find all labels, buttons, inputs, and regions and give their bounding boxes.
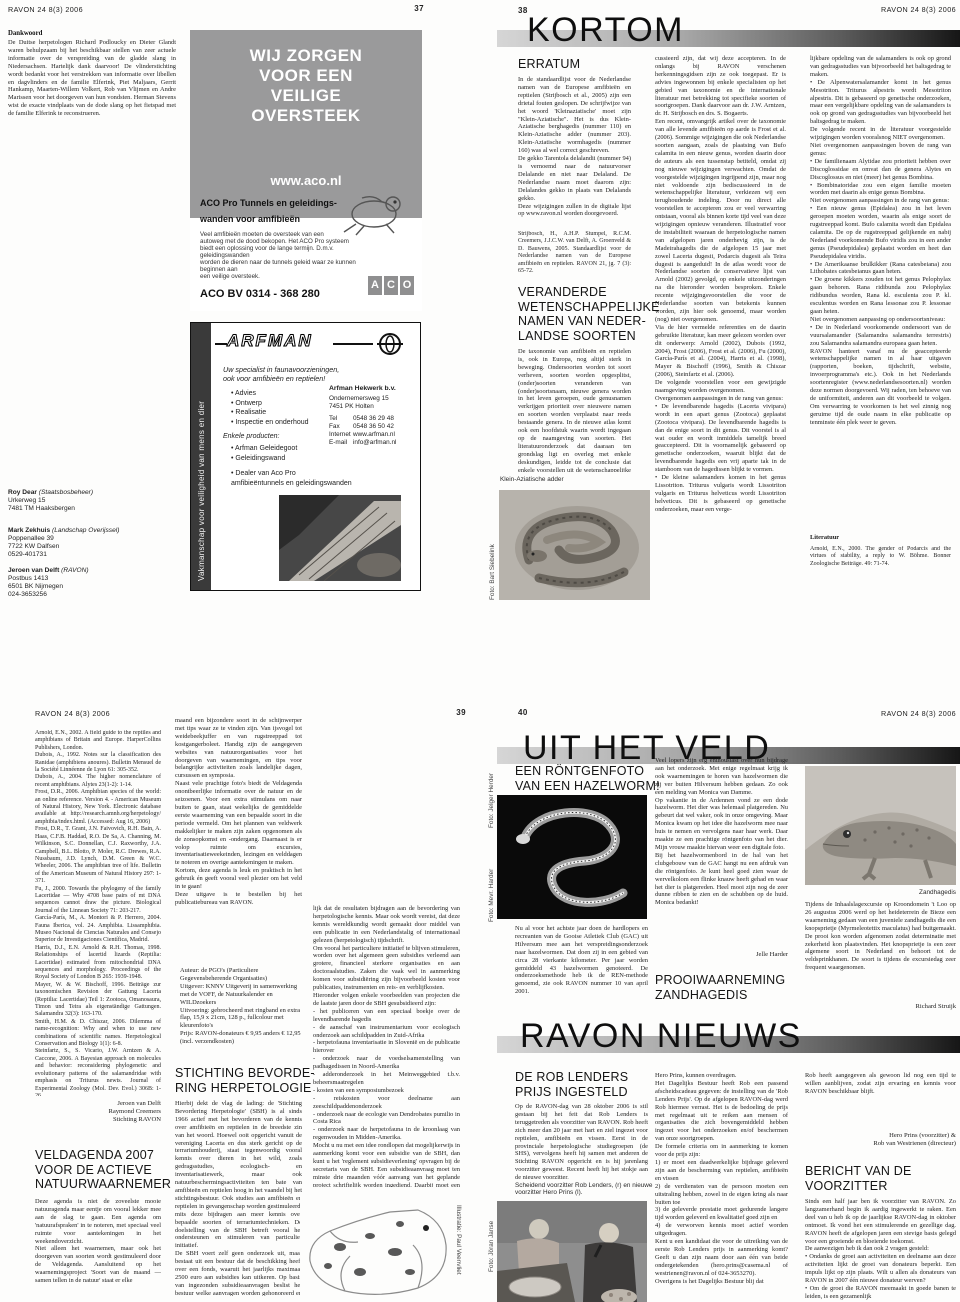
arfman-logo: ARFMAN — [227, 331, 313, 351]
dankwoord-text: De Duitse herpetologen Richard Podloucky… — [8, 39, 176, 139]
arfman-dealer-line: Dealer van Aco Pro amfibieëntunnels en g… — [231, 469, 391, 488]
logo-rule-left — [215, 343, 227, 345]
contact-name: Mark Zekhuis — [8, 527, 50, 534]
rob-lenders-photo — [497, 1201, 647, 1302]
contact-org: (Staatsbosbeheer) — [39, 489, 93, 496]
erratum-heading: ERRATUM — [518, 57, 580, 72]
contact-mark-zekhuis: Mark Zekhuis (Landschap Overijssel) Popp… — [8, 527, 180, 559]
dealer-item: Dealer van Aco Pro amfibieëntunnels en g… — [231, 469, 391, 488]
credit-mevr-harder: Foto: Mevr. Harder — [488, 869, 495, 922]
contact-org: (Landschap Overijssel) — [52, 527, 119, 534]
product-item: Arfman Geleidegoot — [231, 444, 326, 454]
dankwoord-title: Dankwoord — [8, 30, 42, 37]
p37-page-number: 37 — [398, 4, 424, 13]
ravon-nieuws-banner-title: RAVON NIEUWS — [520, 1019, 802, 1053]
p40-column2-text: Veel lopers zijn erg enthousiast over hu… — [655, 757, 788, 949]
contact-address: Postbus 1413 6501 BK Nijmegen 024-365325… — [8, 575, 180, 599]
p40-running-header: RAVON 24 8(3) 2006 — [856, 709, 956, 718]
zandhagedis-caption: Zandhagedis — [805, 889, 956, 896]
aco-logo-letter: A — [368, 276, 382, 295]
p38-column-b-text: cussieerd zijn, dat wij deze accepteren.… — [655, 55, 786, 649]
veranderde-heading: VERANDERDE WETENSCHAPPELIJKE NAMEN VAN N… — [518, 285, 660, 343]
p40-page-number: 40 — [518, 708, 528, 717]
aco-ad-body: Veel amfibieën moeten de oversteek van e… — [200, 231, 375, 280]
arfman-products-list: Arfman Geleidegoot Geleidingswand — [231, 444, 326, 463]
products-label: Enkele producten: — [223, 433, 279, 440]
zandhagedis-photo — [805, 766, 956, 885]
arfman-guide-wall-photo — [279, 495, 401, 581]
stichting-column2-text: Hierbij dekt de vlag de lading: de 'Stic… — [175, 1100, 302, 1296]
aco-ad-title: ACO Pro Tunnels en geleidings- wanden vo… — [200, 195, 337, 227]
p39-running-header: RAVON 24 8(3) 2006 — [35, 709, 110, 718]
rob-photo-caption: Scheidend voorzitter Rob Lenders, (r) en… — [515, 1182, 655, 1196]
aco-slogan: WIJ ZORGEN VOOR EEN VEILIGE OVERSTEEK — [190, 46, 422, 126]
prooiwaarneming-heading: PROOIWAARNEMING ZANDHAGEDIS — [655, 973, 785, 1002]
arfman-company-name: Arfman Hekwerk b.v. — [329, 385, 396, 393]
arfman-advertisement[interactable]: Vakmanschap voor veiligheid van mens en … — [190, 322, 421, 591]
p40-column1-text: Nu al voor het achtste jaar doen de hard… — [515, 925, 648, 1007]
signature-bestuur: Hero Prins (voorzitter) & Rob van Westri… — [805, 1132, 956, 1148]
aco-url-link[interactable]: www.aco.nl — [190, 173, 422, 188]
credit-joran-janse: Foto: Jöran Janse — [488, 1221, 495, 1272]
journal-spread: RAVON 24 8(3) 2006 37 Dankwoord De Duits… — [0, 0, 960, 1302]
bericht-voorzitter-heading: BERICHT VAN DE VOORZITTER — [805, 1164, 912, 1193]
p39-signature: Jeroen van Delft Raymond Creemers Sticht… — [35, 1100, 161, 1125]
signature-jelle-harder: Jelle Harder — [655, 951, 788, 959]
p39-references: Arnold, E.N., 2002. A field guide to the… — [35, 730, 161, 1096]
p39-column3-text: lijk dat de resultaten bijdragen aan de … — [313, 905, 460, 1187]
frog-skeleton-illustration — [300, 1192, 450, 1300]
arfman-services-list: Advies Ontwerp Realisatie Inspectie en o… — [231, 389, 326, 427]
p38-column-c-text: lijkbare opdeling van de salamanders is … — [810, 55, 951, 529]
p38-running-header: RAVON 24 8(3) 2006 — [856, 5, 956, 14]
rob-lenders-heading: DE ROB LENDERS PRIJS INGESTELD — [515, 1070, 628, 1099]
rob-lenders-text: Op de RAVON-dag van 28 oktober 2006 is s… — [515, 1103, 648, 1179]
contact-name: Roy Dear — [8, 489, 37, 496]
arfman-contact-values[interactable]: 0548 36 29 48 0548 36 50 42 www.arfman.n… — [353, 415, 396, 447]
frog-icon — [336, 188, 411, 236]
service-item: Realisatie — [231, 408, 326, 418]
credit-jelger-herder: Foto: Jelger Herder — [488, 773, 495, 828]
arfman-strip-text: Vakmanschap voor veiligheid van mens en … — [197, 401, 206, 581]
adder-photo — [499, 490, 650, 600]
literatuur-reference: Arnold, E.N., 2000. The gender of Podarc… — [810, 546, 951, 578]
hazelworm-xray-photo — [497, 795, 647, 919]
ravon-nieuws-column3-text: Rob heeft aangegeven als gewoon lid nog … — [805, 1072, 956, 1130]
aco-logo: A C O — [368, 276, 414, 295]
p37-running-header: RAVON 24 8(3) 2006 — [8, 5, 83, 14]
arfman-contact-labels: Tel Fax Internet E-mail — [329, 415, 351, 447]
aco-logo-letter: O — [400, 276, 414, 295]
arfman-side-strip: Vakmanschap voor veiligheid van mens en … — [191, 323, 211, 590]
stichting-heading: STICHTING BEVORDE- RING HERPETOLOGIE — [175, 1066, 315, 1095]
bericht-voorzitter-text: Sinds een half jaar ben ik voorzitter va… — [805, 1198, 956, 1302]
p38-column-a-text: De taxonomie van amfibieën en reptielen … — [518, 348, 631, 472]
kortom-banner-title: KORTOM — [527, 13, 684, 47]
rontgenfoto-heading: EEN RÖNTGENFOTO VAN EEN HAZELWORM! — [515, 764, 660, 793]
service-item: Advies — [231, 389, 326, 399]
arfman-company-address: Ondernemersweg 15 7451 PK Holten — [329, 395, 389, 411]
veldagenda-specs: Auteur: de PGO's (Particuliere Gegevensb… — [180, 967, 302, 1063]
literatuur-label: Literatuur — [810, 534, 951, 544]
service-item: Ontwerp — [231, 399, 326, 409]
arfman-emblem-icon — [377, 331, 403, 357]
contact-roy-dear: Roy Dear (Staatsbosbeheer) Urkerweg 15 7… — [8, 489, 180, 513]
veldagenda-heading: VELDAGENDA 2007 VOOR DE ACTIEVE NATUURWA… — [35, 1148, 171, 1192]
erratum-text: In de standaardlijst voor de Nederlandse… — [518, 76, 631, 226]
aco-advertisement[interactable]: WIJ ZORGEN VOOR EEN VEILIGE OVERSTEEK ww… — [190, 30, 422, 311]
adder-photo-caption: Klein-Aziatische adder — [500, 476, 564, 483]
signature-richard-struijk: Richard Struijk — [805, 1003, 956, 1011]
logo-rule-right — [333, 343, 373, 345]
frog-illustration-credit: Illustratie: Paul Veenvliet — [455, 1205, 462, 1275]
contact-address: Poppenallee 39 7722 KW Dalfsen 0529-4017… — [8, 535, 180, 559]
p40-column3-text: Tijdens de Inhaalslagexcursie op Kroondo… — [805, 901, 956, 1001]
arfman-tagline: Uw specialist in faunavoorzieningen, ook… — [223, 365, 339, 383]
erratum-reference: Strijbosch, H., A.H.P. Stumpel, R.C.M. C… — [518, 231, 631, 279]
service-item: Inspectie en onderhoud — [231, 418, 326, 428]
p39-page-number: 39 — [440, 708, 466, 717]
contact-address: Urkerweg 15 7481 TM Haaksbergen — [8, 497, 180, 513]
veldagenda-intro: Deze agenda is niet de zoveelste mooie n… — [35, 1198, 161, 1294]
contact-org: (RAVON) — [61, 567, 88, 574]
ravon-nieuws-column2-text: Hero Prins, kunnen overdragen. Het Dagel… — [655, 1072, 788, 1302]
aco-phone: ACO BV 0314 - 368 280 — [200, 288, 320, 300]
aco-logo-letter: C — [384, 276, 398, 295]
product-item: Geleidingswand — [231, 454, 326, 464]
contact-name: Jeroen van Delft — [8, 567, 59, 574]
contact-jeroen-van-delft: Jeroen van Delft (RAVON) Postbus 1413 65… — [8, 567, 180, 599]
adder-photo-credit: Foto: Bart Siebelink — [489, 544, 496, 600]
p39-column2-text: maand een bijzondere soort in de schijnw… — [175, 717, 302, 963]
